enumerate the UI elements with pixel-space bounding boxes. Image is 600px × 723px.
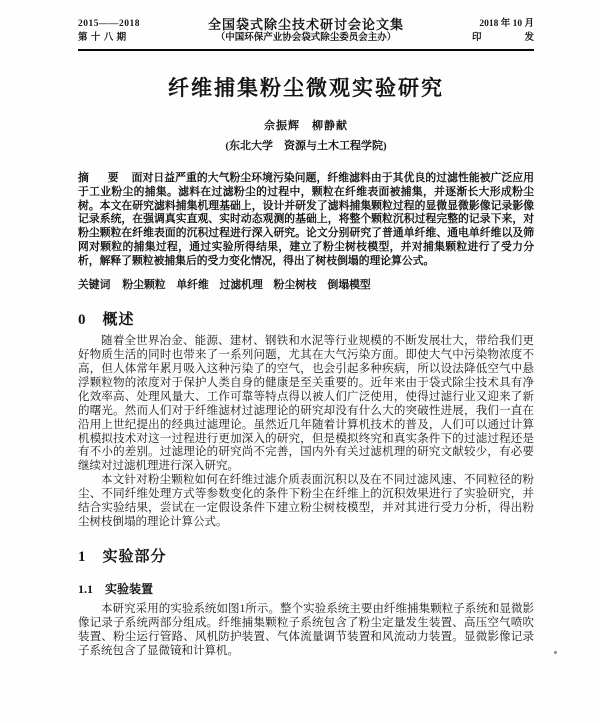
authors: 佘振辉 柳静献 xyxy=(78,117,534,133)
issue-number: 第 十 八 期 xyxy=(78,31,140,45)
scan-artifact-speck xyxy=(554,651,557,654)
page-content: 2015——2018 第 十 八 期 全国袋式除尘技术研讨会论文集 （中国环保产… xyxy=(0,0,600,658)
proceedings-organizer: （中国环保产业协会袋式除尘委员会主办） xyxy=(208,32,404,45)
keywords-label: 关键词 xyxy=(78,279,110,293)
paper-page: 2015——2018 第 十 八 期 全国袋式除尘技术研讨会论文集 （中国环保产… xyxy=(0,0,600,723)
abstract-label: 摘 要 xyxy=(78,172,123,184)
section-1-heading: 1 实验部分 xyxy=(78,545,534,566)
print-stamp-left: 印 xyxy=(472,31,482,45)
section-0-heading: 0 概述 xyxy=(78,308,534,329)
journal-header: 2015——2018 第 十 八 期 全国袋式除尘技术研讨会论文集 （中国环保产… xyxy=(78,17,534,51)
section-1-paragraph-1: 本研究采用的实验系统如图1所示。整个实验系统主要由纤维捕集颗粒子系统和显微影像记… xyxy=(78,603,534,659)
abstract-text: 面对日益严重的大气粉尘环境污染问题，纤维滤料由于其优良的过滤性能被广泛应用于工业… xyxy=(78,172,534,267)
abstract: 摘 要面对日益严重的大气粉尘环境污染问题，纤维滤料由于其优良的过滤性能被广泛应用… xyxy=(78,172,534,269)
header-proceedings-block: 全国袋式除尘技术研讨会论文集 （中国环保产业协会袋式除尘委员会主办） xyxy=(208,17,404,45)
print-date: 2018 年 10 月 xyxy=(472,17,534,31)
print-stamp: 印 发 xyxy=(472,31,534,45)
affiliation: (东北大学 资源与土木工程学院) xyxy=(78,137,534,153)
header-issue-block: 2015——2018 第 十 八 期 xyxy=(78,17,140,45)
paper-title: 纤维捕集粉尘微观实验研究 xyxy=(78,72,534,102)
header-date-block: 2018 年 10 月 印 发 xyxy=(472,17,534,45)
section-0-paragraph-1: 随着全世界冶金、能源、建材、钢铁和水泥等行业规模的不断发展壮大，带给我们更好物质… xyxy=(78,335,534,474)
issue-years: 2015——2018 xyxy=(78,17,140,31)
keywords-text: 粉尘颗粒 单纤维 过滤机理 粉尘树枝 倒塌模型 xyxy=(122,279,370,293)
section-1-1-heading: 1.1 实验装置 xyxy=(78,580,534,597)
section-0-paragraph-2: 本文针对粉尘颗粒如何在纤维过滤介质表面沉积以及在不同过滤风速、不同粒径的粉尘、不… xyxy=(78,474,534,530)
print-stamp-right: 发 xyxy=(524,31,534,45)
proceedings-title: 全国袋式除尘技术研讨会论文集 xyxy=(208,17,404,32)
keywords: 关键词 粉尘颗粒 单纤维 过滤机理 粉尘树枝 倒塌模型 xyxy=(78,279,534,293)
